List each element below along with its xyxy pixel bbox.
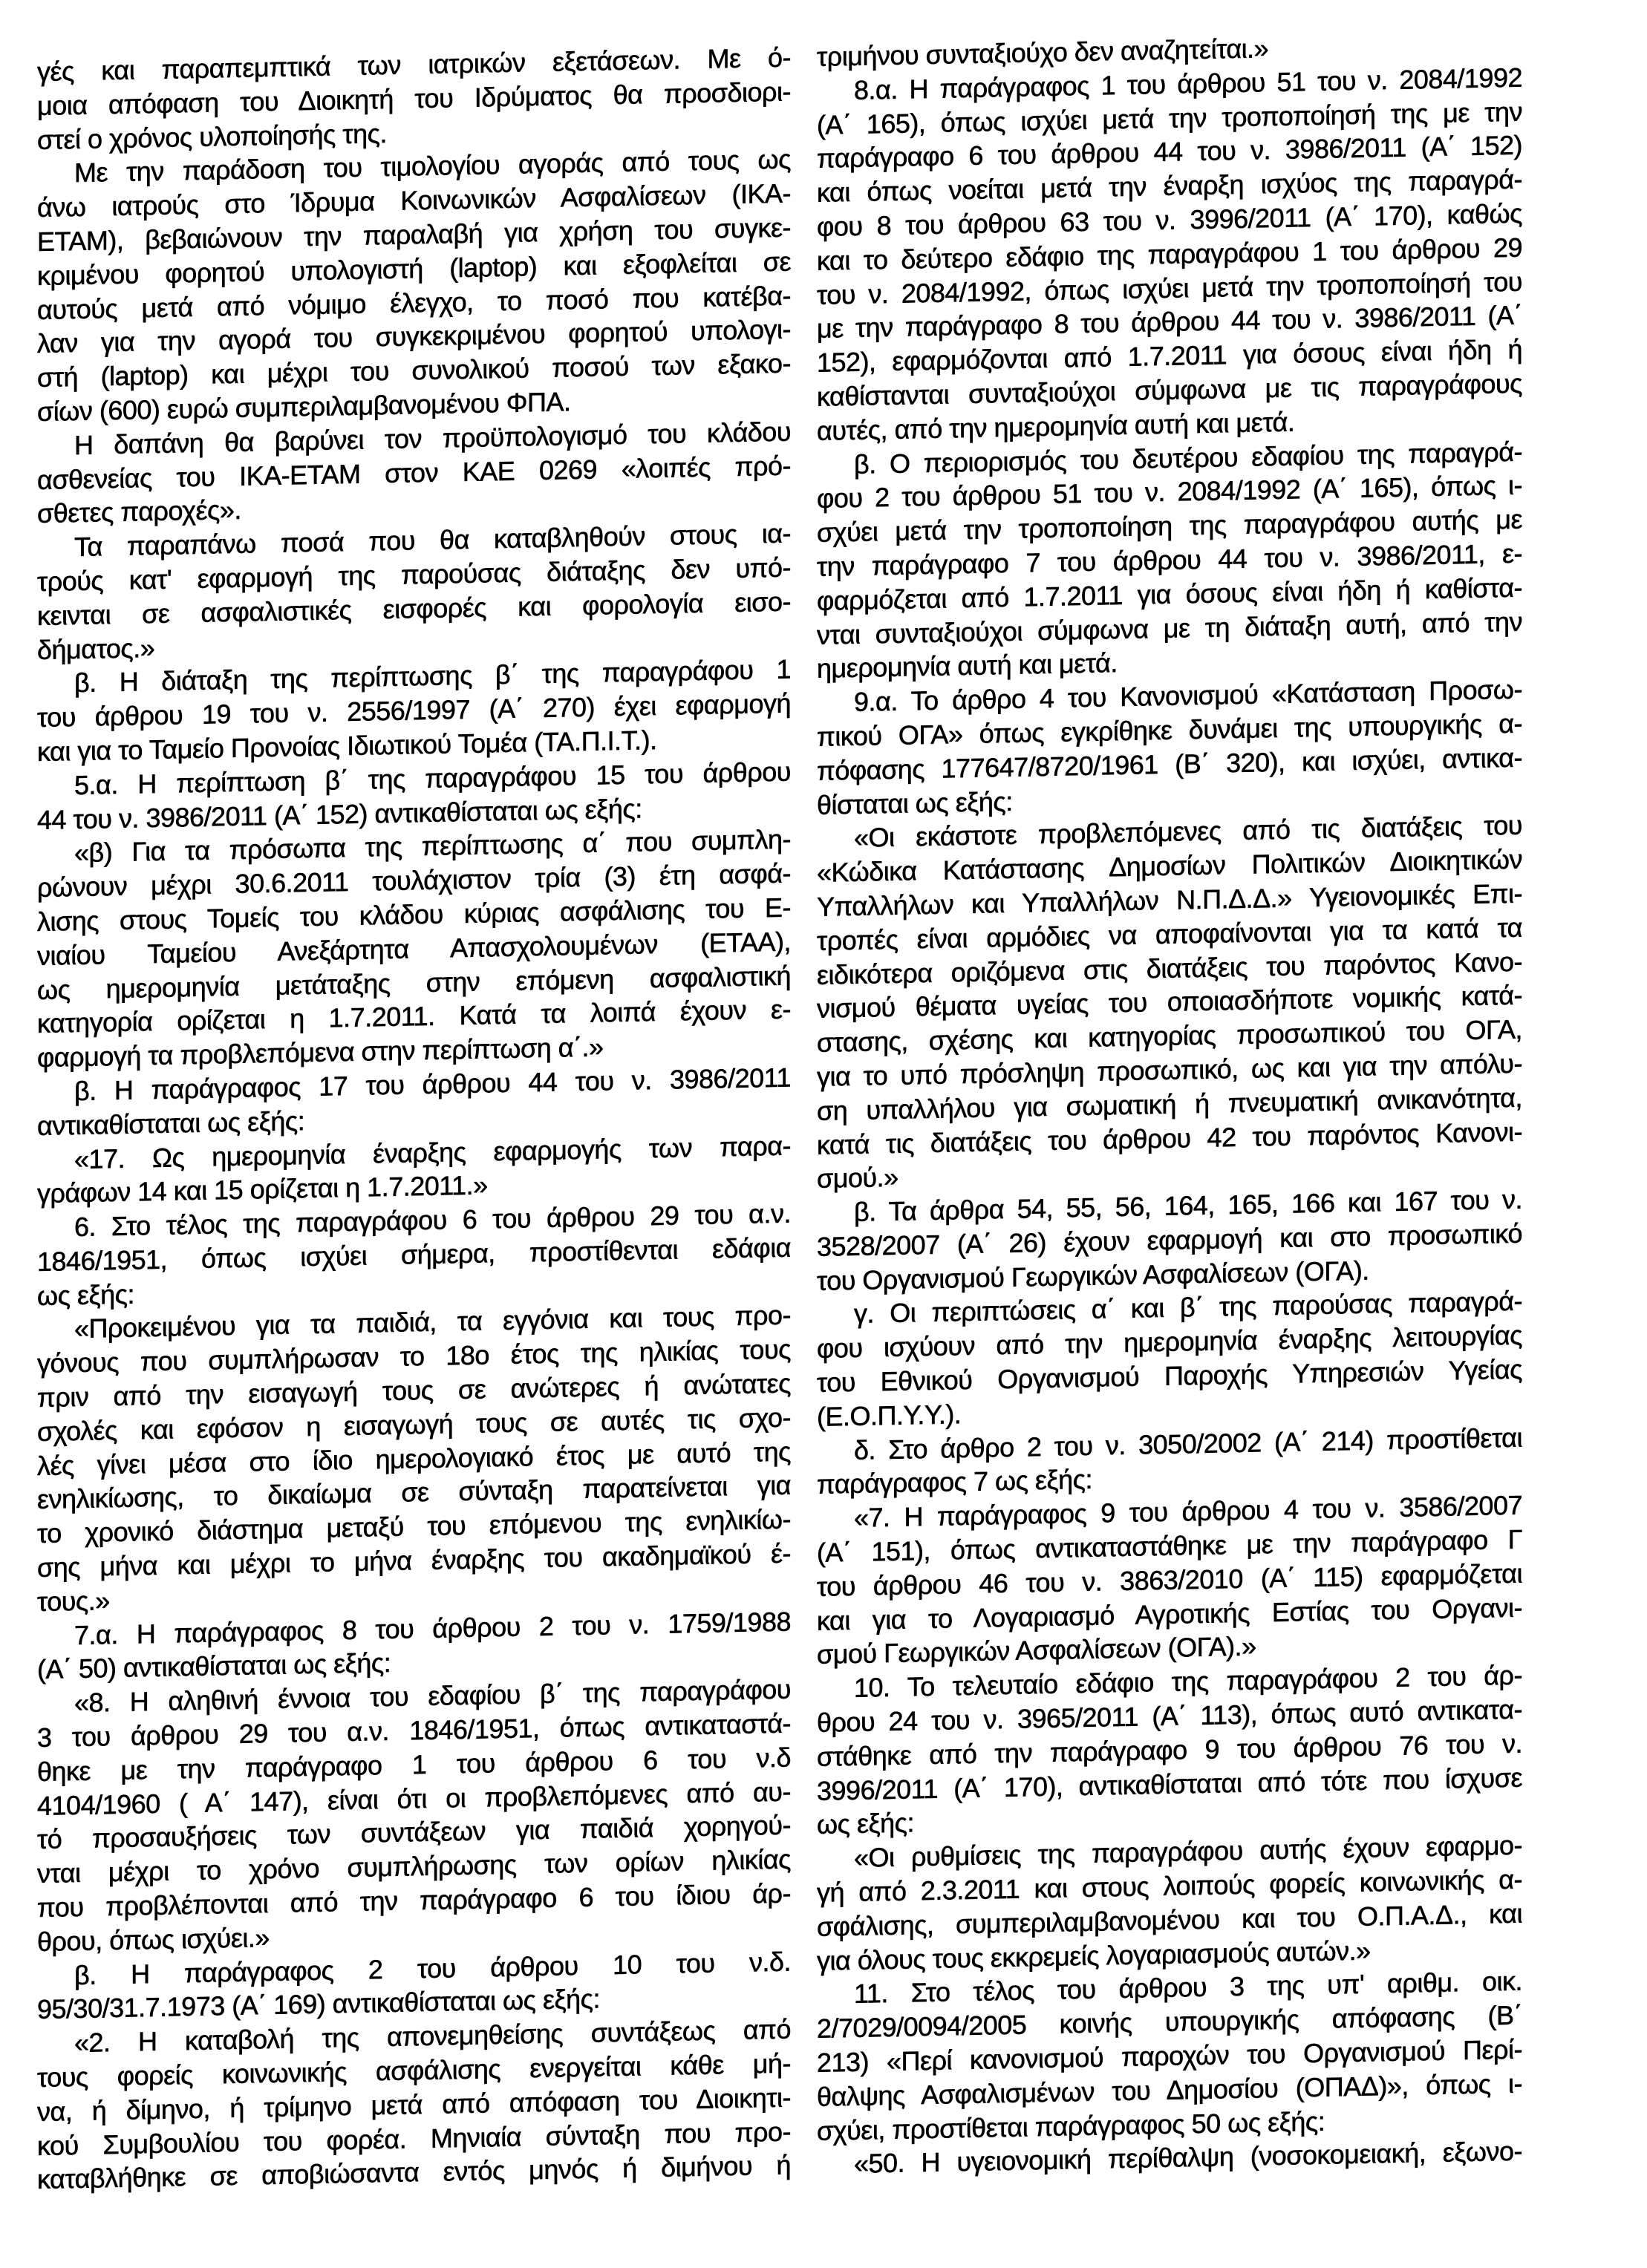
scanned-document-sheet: γές και παραπεμπτικά των ιατρικών εξετάσ… xyxy=(0,0,1647,2268)
right-text-column: τριμήνου συνταξιούχο δεν αναζητείται.»8.… xyxy=(817,27,1522,2182)
left-text-column: γές και παραπεμπτικά των ιατρικών εξετάσ… xyxy=(37,41,791,2197)
document-page: { "page": { "background_color": "#ffffff… xyxy=(0,0,1647,2268)
